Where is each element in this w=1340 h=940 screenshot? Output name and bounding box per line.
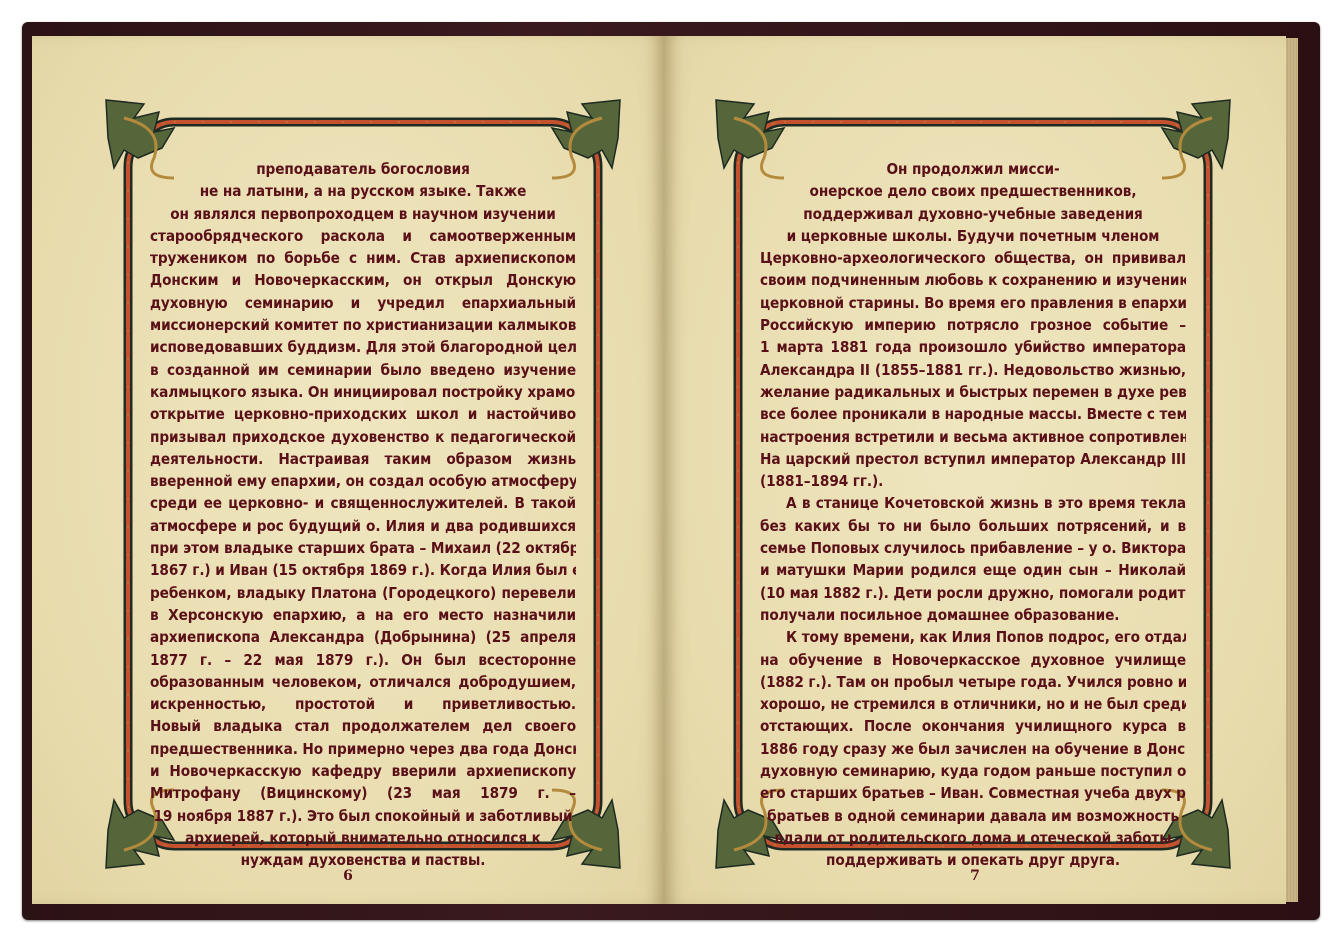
text-line: Митрофану (Вицинскому) (23 мая 1879 г. – xyxy=(150,782,576,804)
text-line: Новый владыка стал продолжателем дел сво… xyxy=(150,715,576,737)
text-line: и Новочеркасскую кафедру вверили архиепи… xyxy=(150,760,576,782)
text-line: среди ее церковно- и священнослужителей.… xyxy=(150,492,576,514)
text-line: своим подчиненным любовь к сохранению и … xyxy=(760,269,1186,291)
text-line: искренностью, простотой и приветливостью… xyxy=(150,693,576,715)
page-number: 6 xyxy=(32,868,664,884)
text-line: образованным человеком, отличался доброд… xyxy=(150,671,576,693)
text-line: в созданной им семинарии было введено из… xyxy=(150,359,576,381)
text-line: деятельности. Настраивая таким образом ж… xyxy=(150,448,576,470)
text-line: отстающих. После окончания училищного ку… xyxy=(760,715,1186,737)
text-line: Александра II (1855–1881 гг.). Недовольс… xyxy=(760,359,1186,381)
text-line: Церковно-археологического общества, он п… xyxy=(760,247,1186,269)
text-line: 1877 г. – 22 мая 1879 г.). Он был всесто… xyxy=(150,649,576,671)
text-line: духовную семинарию и учредил епархиальны… xyxy=(150,292,576,314)
text-line: 1867 г.) и Иван (15 октября 1869 г.). Ко… xyxy=(150,559,576,581)
text-line: без каких бы то ни было больших потрясен… xyxy=(760,515,1186,537)
right-page: Он продолжил мисси- онерское дело своих … xyxy=(664,36,1286,904)
text-line: его старших братьев – Иван. Совместная у… xyxy=(760,782,1186,804)
text-line: калмыцкого языка. Он инициировал построй… xyxy=(150,381,576,403)
text-line: А в станице Кочетовской жизнь в это врем… xyxy=(760,492,1186,514)
text-line: братьев в одной семинарии давала им возм… xyxy=(760,805,1186,827)
body-text: преподаватель богословия не на латыни, а… xyxy=(150,158,576,810)
text-line: (1881–1894 гг.). xyxy=(760,470,1186,492)
text-line: желание радикальных и быстрых перемен в … xyxy=(760,381,1186,403)
text-line: вдали от родительского дома и отеческой … xyxy=(760,827,1186,849)
text-line: духовную семинарию, куда годом раньше по… xyxy=(760,760,1186,782)
page-edges xyxy=(1286,38,1298,902)
text-line: предшественника. Но примерно через два г… xyxy=(150,738,576,760)
ornamental-frame: Он продолжил мисси- онерское дело своих … xyxy=(714,98,1232,870)
text-line: не на латыни, а на русском языке. Также xyxy=(150,180,576,202)
text-line: вверенной ему епархии, он создал особую … xyxy=(150,470,576,492)
text-line: 1886 году сразу же был зачислен на обуче… xyxy=(760,738,1186,760)
text-line: Российскую империю потрясло грозное собы… xyxy=(760,314,1186,336)
text-line: К тому времени, как Илия Попов подрос, е… xyxy=(760,626,1186,648)
text-line: все более проникали в народные массы. Вм… xyxy=(760,403,1186,425)
text-line: при этом владыке старших брата – Михаил … xyxy=(150,537,576,559)
text-line: тружеником по борьбе с ним. Став архиепи… xyxy=(150,247,576,269)
page-number: 7 xyxy=(664,868,1286,884)
text-line: ребенком, владыку Платона (Городецкого) … xyxy=(150,582,576,604)
text-line: хорошо, не стремился в отличники, но и н… xyxy=(760,693,1186,715)
text-line: призывал приходское духовенство к педаго… xyxy=(150,426,576,448)
text-line: семье Поповых случилось прибавление – у … xyxy=(760,537,1186,559)
text-line: на обучение в Новочеркасское духовное уч… xyxy=(760,649,1186,671)
body-text: Он продолжил мисси- онерское дело своих … xyxy=(760,158,1186,810)
text-line: архиепископа Александра (Добрынина) (25 … xyxy=(150,626,576,648)
text-line: в Херсонскую епархию, а на его место наз… xyxy=(150,604,576,626)
text-line: и матушки Марии родился еще один сын – Н… xyxy=(760,559,1186,581)
text-line: открытие церковно-приходских школ и наст… xyxy=(150,403,576,425)
text-line: (10 мая 1882 г.). Дети росли дружно, пом… xyxy=(760,582,1186,604)
text-line: архиерей, который внимательно относился … xyxy=(150,827,576,849)
text-line: исповедовавших буддизм. Для этой благоро… xyxy=(150,336,576,358)
text-line: (1882 г.). Там он пробыл четыре года. Уч… xyxy=(760,671,1186,693)
text-line: он являлся первопроходцем в научном изуч… xyxy=(150,203,576,225)
ornamental-frame: преподаватель богословия не на латыни, а… xyxy=(104,98,622,870)
text-line: онерское дело своих предшественников, xyxy=(760,180,1186,202)
text-line: 19 ноября 1887 г.). Это был спокойный и … xyxy=(150,805,576,827)
left-page: преподаватель богословия не на латыни, а… xyxy=(32,36,664,904)
text-line: Он продолжил мисси- xyxy=(760,158,1186,180)
text-line: 1 марта 1881 года произошло убийство имп… xyxy=(760,336,1186,358)
text-line: миссионерский комитет по христианизации … xyxy=(150,314,576,336)
text-line: настроения встретили и весьма активное с… xyxy=(760,426,1186,448)
text-line: поддерживал духовно-учебные заведения xyxy=(760,203,1186,225)
text-line: атмосфере и рос будущий о. Илия и два ро… xyxy=(150,515,576,537)
text-line: и церковные школы. Будучи почетным члено… xyxy=(760,225,1186,247)
text-line: церковной старины. Во время его правлени… xyxy=(760,292,1186,314)
text-line: Донским и Новочеркасским, он открыл Донс… xyxy=(150,269,576,291)
text-line: На царский престол вступил император Але… xyxy=(760,448,1186,470)
text-line: преподаватель богословия xyxy=(150,158,576,180)
text-line: старообрядческого раскола и самоотвержен… xyxy=(150,225,576,247)
text-line: получали посильное домашнее образование. xyxy=(760,604,1186,626)
